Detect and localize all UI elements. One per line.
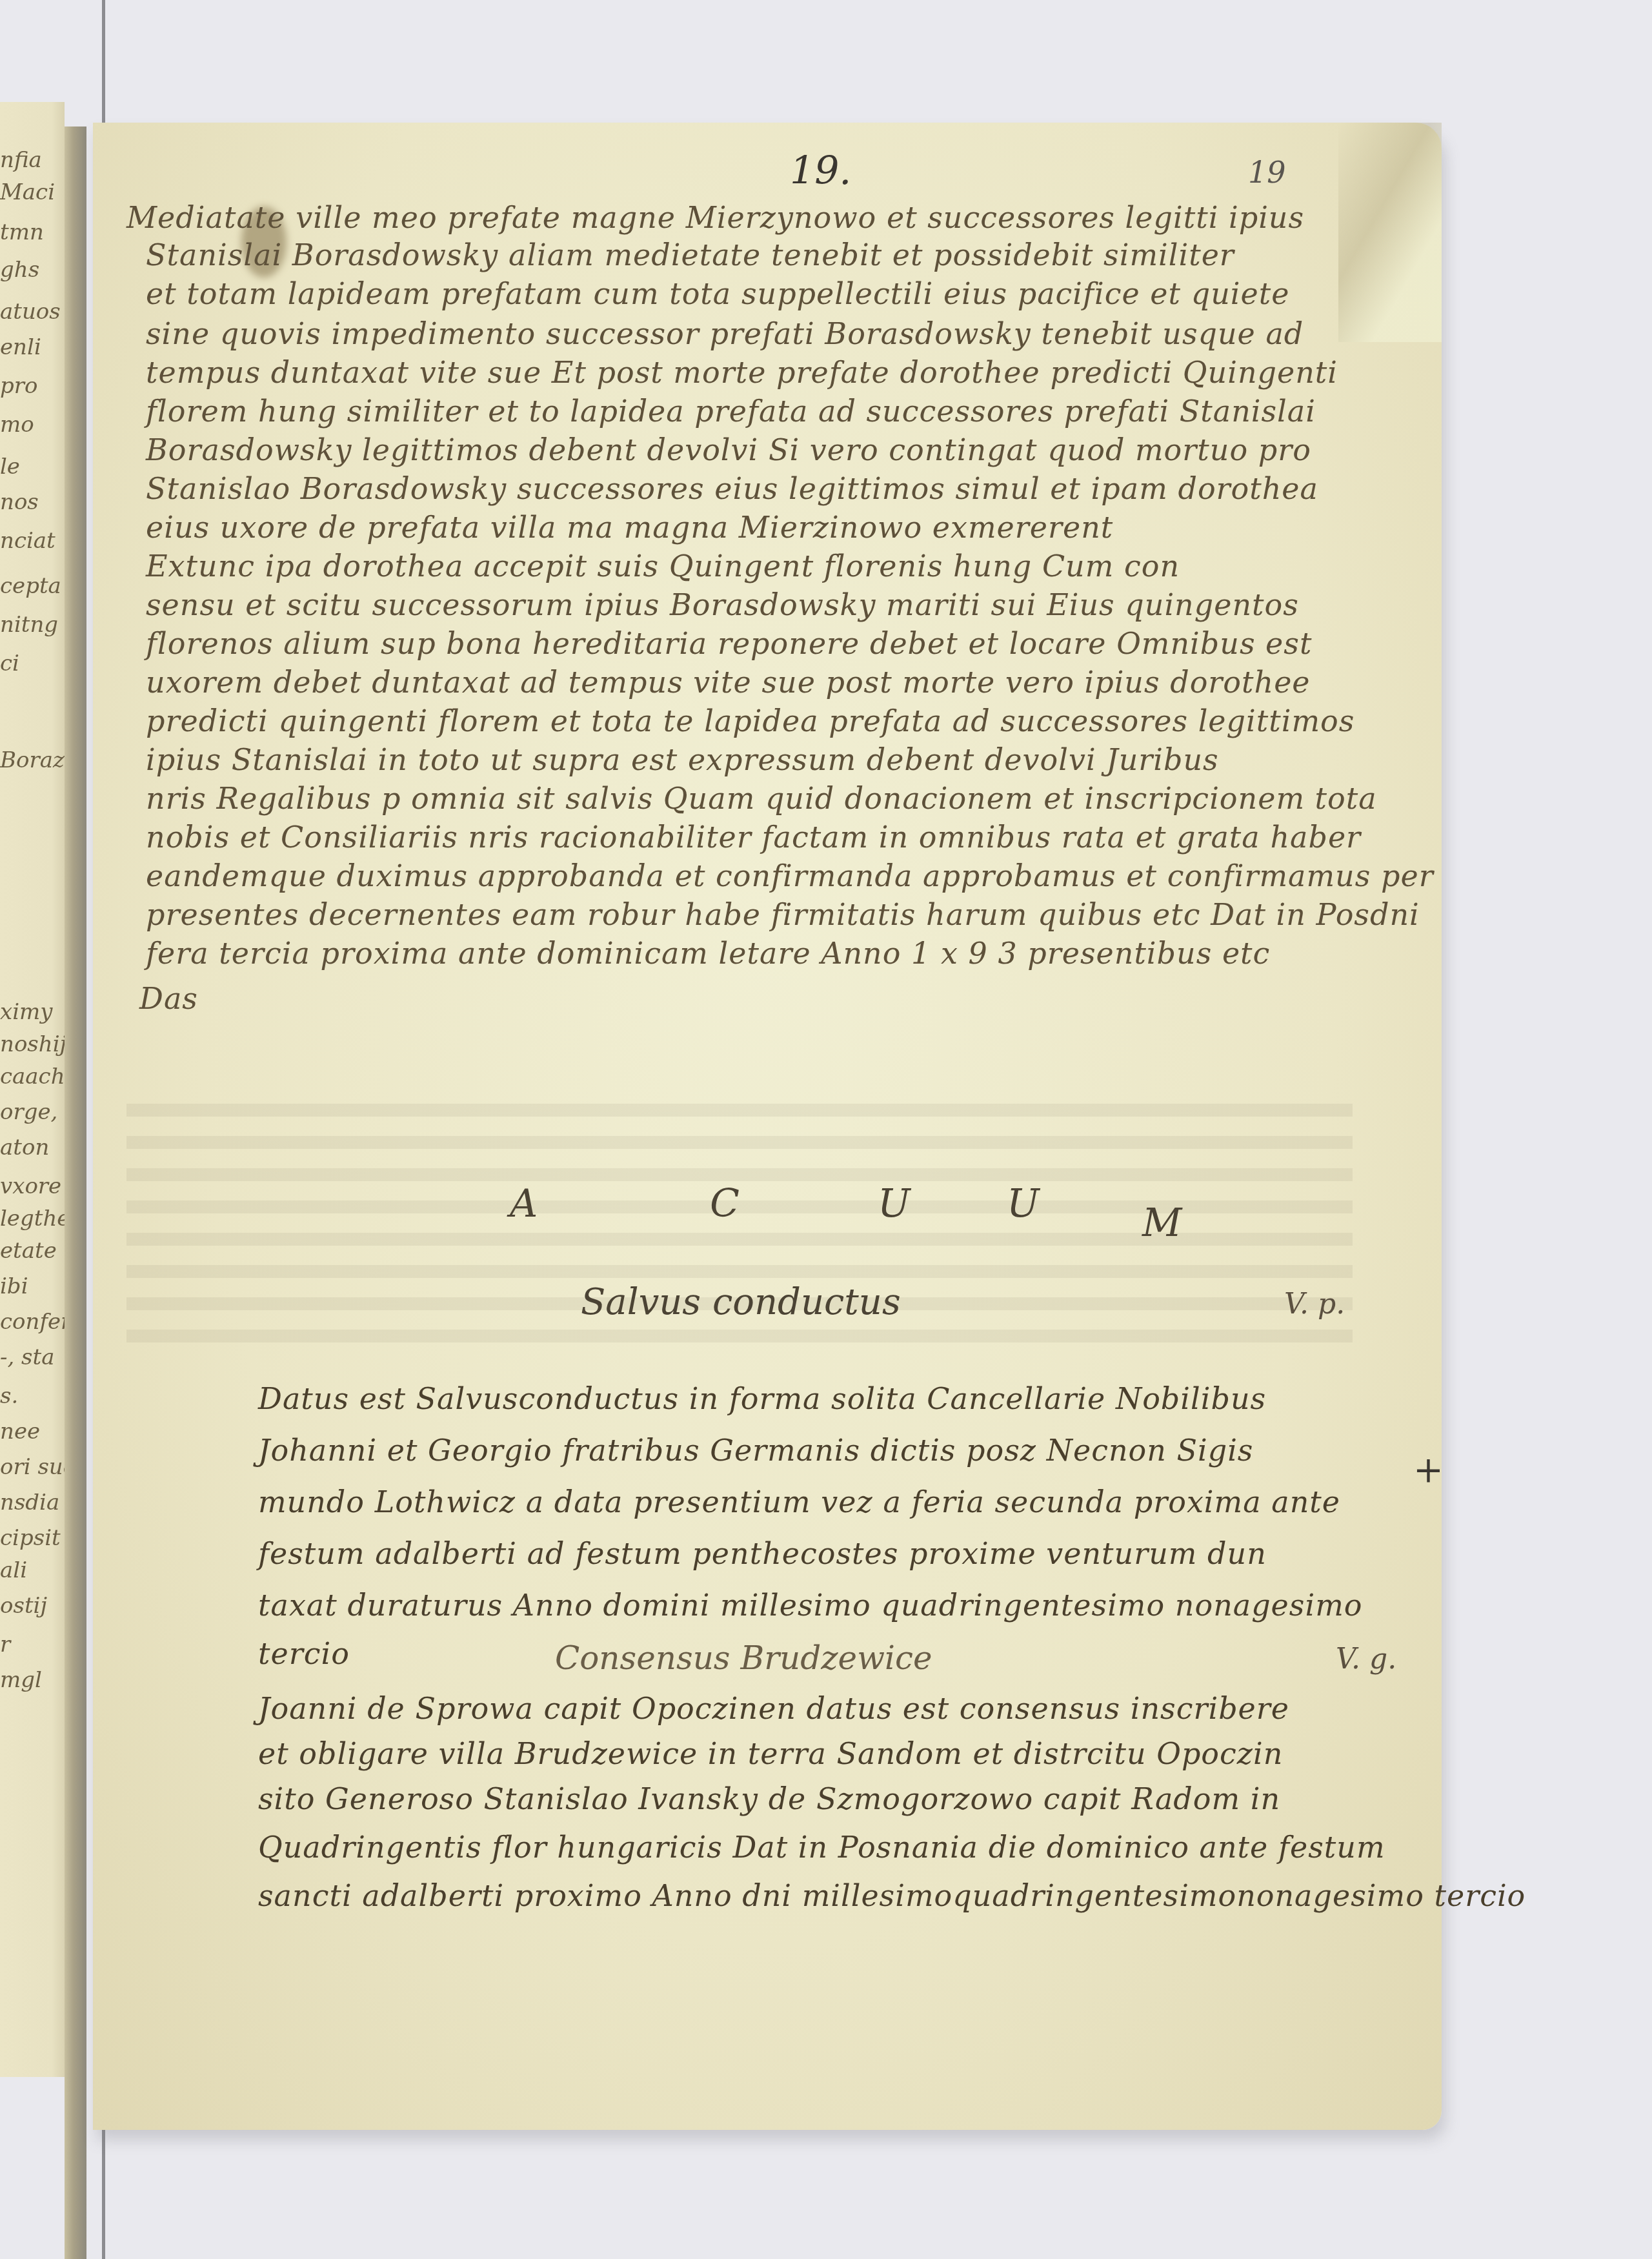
text-line: et obligare villa Brudzewice in terra Sa… <box>258 1736 1283 1771</box>
margin-fragment: nciat <box>0 528 55 554</box>
text-line: mundo Lothwicz a data presentium vez a f… <box>258 1484 1340 1519</box>
text-line: Stanislai Borasdowsky aliam medietate te… <box>146 238 1234 272</box>
margin-fragment: nitng <box>0 612 58 638</box>
text-line: sito Generoso Stanislao Ivansky de Szmog… <box>258 1781 1280 1816</box>
margin-fragment: ostij <box>0 1593 47 1619</box>
margin-fragment: Boraz <box>0 747 65 773</box>
pen-trial-letter: A <box>510 1181 538 1226</box>
text-line: predicti quingenti florem et tota te lap… <box>146 704 1355 738</box>
margin-fragment: ghs <box>0 257 39 283</box>
margin-fragment: confen <box>0 1309 65 1335</box>
text-line: florem hung similiter et to lapidea pref… <box>146 394 1316 429</box>
margin-fragment: ori sue <box>0 1454 65 1480</box>
text-line: Joanni de Sprowa capit Opoczinen datus e… <box>258 1691 1289 1726</box>
margin-fragment: nsdia <box>0 1490 59 1515</box>
text-line: eandemque duximus approbanda et confirma… <box>146 858 1434 893</box>
text-line: ipius Stanislai in toto ut supra est exp… <box>146 742 1219 777</box>
margin-fragment: r <box>0 1632 10 1657</box>
entry-3-heading: Consensus Brudzewice <box>555 1639 932 1677</box>
text-line: eius uxore de prefata villa ma magna Mie… <box>146 510 1113 545</box>
entry-2-heading: Salvus conductus <box>581 1281 901 1323</box>
margin-fragment: ci <box>0 651 19 676</box>
text-line: Borasdowsky legittimos debent devolvi Si… <box>146 432 1311 467</box>
text-line: fera tercia proxima ante dominicam letar… <box>146 936 1270 971</box>
pen-trial-letter: M <box>1142 1200 1182 1246</box>
text-line: Datus est Salvusconductus in forma solit… <box>258 1381 1266 1416</box>
entry-2-marginal-note: V. p. <box>1284 1288 1345 1321</box>
margin-fragment: le <box>0 454 20 480</box>
margin-fragment: ibi <box>0 1273 28 1299</box>
pen-trial-letter: C <box>710 1181 740 1226</box>
margin-fragment: vxore <box>0 1173 61 1199</box>
text-line: Johanni et Georgio fratribus Germanis di… <box>258 1433 1253 1468</box>
margin-fragment: orge, <box>0 1099 57 1125</box>
margin-fragment: mgl <box>0 1667 42 1693</box>
text-line: festum adalberti ad festum penthecostes … <box>258 1536 1267 1571</box>
margin-fragment: s. <box>0 1383 18 1409</box>
text-line: florenos alium sup bona hereditaria repo… <box>146 626 1312 661</box>
text-line: Stanislao Borasdowsky successores eius l… <box>146 471 1318 506</box>
text-line: presentes decernentes eam robur habe fir… <box>146 897 1420 932</box>
margin-fragment: legthe <box>0 1206 65 1231</box>
margin-fragment: cipsit <box>0 1525 61 1551</box>
text-line: tempus duntaxat vite sue Et post morte p… <box>146 355 1338 390</box>
text-line: et totam lapideam prefatam cum tota supp… <box>146 276 1289 311</box>
margin-fragment: noshij <box>0 1031 65 1057</box>
margin-fragment: tmn <box>0 219 44 245</box>
pen-trial-letter: U <box>878 1181 911 1226</box>
folio-number-ink: 19. <box>790 148 851 194</box>
margin-fragment: pro <box>0 373 38 399</box>
text-line: nris Regalibus p omnia sit salvis Quam q… <box>146 781 1377 816</box>
margin-fragment: nos <box>0 489 39 515</box>
text-line: uxorem debet duntaxat ad tempus vite sue… <box>146 665 1311 700</box>
margin-fragment: atuos <box>0 299 61 325</box>
text-line: sensu et scitu successorum ipius Borasdo… <box>146 587 1299 622</box>
text-line: sancti adalberti proximo Anno dni milles… <box>258 1878 1526 1913</box>
margin-fragment: nee <box>0 1419 40 1444</box>
text-line: Quadringentis flor hungaricis Dat in Pos… <box>258 1830 1385 1865</box>
margin-fragment: cepta <box>0 573 61 599</box>
margin-fragment: aton <box>0 1135 49 1160</box>
margin-fragment: etate <box>0 1238 57 1264</box>
margin-fragment: nfia <box>0 147 42 173</box>
text-line: Mediatate ville meo prefate magne Mierzy… <box>126 200 1304 235</box>
margin-fragment: -, sta <box>0 1344 55 1370</box>
text-line: sine quovis impedimento successor prefat… <box>146 316 1304 351</box>
margin-fragment: Maci <box>0 179 55 205</box>
entry-3-marginal-note: V. g. <box>1336 1643 1396 1676</box>
text-line: Extunc ipa dorothea accepit suis Quingen… <box>146 549 1180 583</box>
left-page-edge: nfia Maci tmn ghs atuos enli pro mo le n… <box>0 102 65 2077</box>
margin-fragment: mo <box>0 412 34 438</box>
folio-number-pencil: 19 <box>1248 155 1286 190</box>
text-line: tercio <box>258 1636 350 1671</box>
cross-mark: + <box>1413 1449 1444 1491</box>
margin-fragment: ali <box>0 1557 27 1583</box>
text-line: taxat duraturus Anno domini millesimo qu… <box>258 1588 1362 1623</box>
water-stain <box>1338 123 1442 342</box>
text-line: Das <box>139 981 198 1016</box>
book-gutter <box>65 127 86 2259</box>
text-line: nobis et Consiliariis nris racionabilite… <box>146 820 1361 855</box>
pen-trial-letter: U <box>1007 1181 1040 1226</box>
margin-fragment: ximy <box>0 999 53 1025</box>
margin-fragment: enli <box>0 334 41 360</box>
margin-fragment: caach <box>0 1064 65 1089</box>
